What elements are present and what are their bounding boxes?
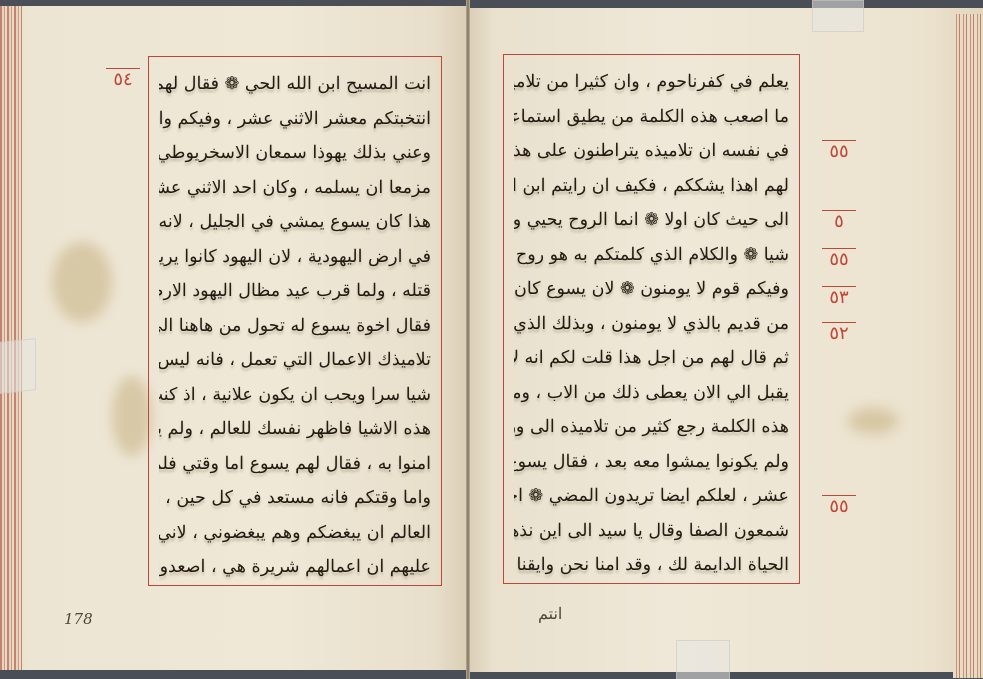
text-line: ثم قال لهم من اجل هذا قلت لكم انه لا يقد… [514,341,789,376]
margin-verse-number: ٥ [822,210,856,231]
repair-tape [812,0,864,32]
text-line: الى حيث كان اولا ❁ انما الروح يحيي والجس… [514,203,789,238]
book-gutter [466,0,470,679]
repair-tape [676,640,730,679]
text-line: قتله ، ولما قرب عيد مظال اليهود الارضيات… [159,274,431,309]
text-line: في نفسه ان تلاميذه يتراطنون على هذا ❁ فق… [514,134,789,169]
text-line: انتخبتكم معشر الاثني عشر ، وفيكم واحد هو… [159,102,431,137]
text-line: العالم ان يبغضكم وهم يبغضوني ، لاني اشهد [159,516,431,551]
text-line: هذه الاشيا فاظهر نفسك للعالم ، ولم يكن ا… [159,412,431,447]
text-line: هذه الكلمة رجع كثير من تلاميذه الى ورائه… [514,410,789,445]
text-line: في ارض اليهودية ، لان اليهود كانوا يريدو… [159,240,431,275]
water-stain [848,408,898,434]
text-line: عليهم ان اعمالهم شريرة هي ، اصعدوا انتم … [159,550,431,585]
text-line: مزمعا ان يسلمه ، وكان احد الاثني عشر ، و… [159,171,431,206]
text-line: من قديم بالذي لا يومنون ، وبذلك الذي يسل… [514,307,789,342]
text-line: شمعون الصفا وقال يا سيد الى اين نذهب وكل… [514,514,789,549]
text-line: واما وقتكم فانه مستعد في كل حين ، لن يقد… [159,481,431,516]
folio-number: 178 [64,610,93,628]
margin-verse-number: ٥٤ [106,68,140,89]
margin-verse-number: ٥٥ [822,140,856,161]
repair-tape [0,338,36,394]
water-stain [112,376,152,456]
text-line: امنوا به ، فقال لهم يسوع اما وقتي فلم يب… [159,447,431,482]
left-page-edges [0,6,22,670]
left-text-frame: انت المسيح ابن الله الحي ❁ فقال لهم يسوع… [148,56,442,586]
text-line: فقال اخوة يسوع له تحول من هاهنا الى يهوذ… [159,309,431,344]
margin-verse-number: ٥٥ [822,248,856,269]
text-line: انت المسيح ابن الله الحي ❁ فقال لهم يسوع… [159,67,431,102]
right-text-frame: يعلم في كفرناحوم ، وان كثيرا من تلاميذه … [503,54,800,584]
water-stain [52,242,112,322]
margin-verse-number: ٥٥ [822,495,856,516]
text-line: الحياة الدايمة لك ، وقد امنا نحن وايقنا … [514,548,789,583]
margin-verse-number: ٥٣ [822,286,856,307]
text-line: يعلم في كفرناحوم ، وان كثيرا من تلاميذه … [514,65,789,100]
margin-verse-number: ٥٢ [822,322,856,343]
text-line: وعني بذلك يهوذا سمعان الاسخريوطي ، لانه … [159,136,431,171]
text-line: يقبل الي الان يعطى ذلك من الاب ، ومن اجل [514,376,789,411]
left-page: ٥٤ انت المسيح ابن الله الحي ❁ فقال لهم ي… [0,6,470,670]
right-page-edges [953,14,983,678]
text-line: شيا ❁ والكلام الذي كلمتكم به هو روح حياة… [514,238,789,273]
catchword: انتم [538,604,562,623]
manuscript-spread: ٥٤ انت المسيح ابن الله الحي ❁ فقال لهم ي… [0,0,983,679]
text-line: شيا سرا ويحب ان يكون علانية ، اذ كنت تعم… [159,378,431,413]
text-line: هذا كان يسوع يمشي في الجليل ، لانه لم يح… [159,205,431,240]
text-line: تلاميذك الاعمال التي تعمل ، فانه ليس احد… [159,343,431,378]
text-line: عشر ، لعلكم ايضا تريدون المضي ❁ اجاب [514,479,789,514]
text-line: لهم اهذا يشككم ، فكيف ان رايتم ابن البشر… [514,169,789,204]
text-line: وفيكم قوم لا يومنون ❁ لان يسوع كان عارفا [514,272,789,307]
text-line: ما اصعب هذه الكلمة من يطيق استماعها ، فع… [514,100,789,135]
text-line: ولم يكونوا يمشوا معه بعد ، فقال يسوع للا… [514,445,789,480]
